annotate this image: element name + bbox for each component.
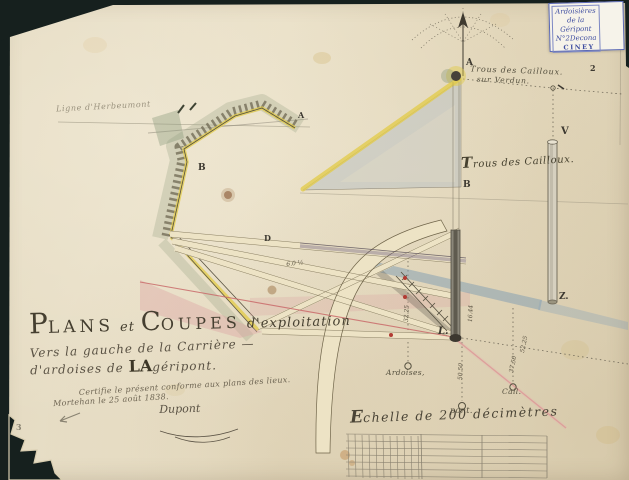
stamp-city: CINEY [553, 43, 600, 53]
measure-3: 37.50 [508, 355, 518, 373]
stamp-line1: Ardoisières [552, 6, 599, 16]
scale-text: chelle de 200 décimètres [363, 403, 559, 425]
letter-v-column: V [561, 126, 569, 137]
measure-5: 52.25 [519, 335, 529, 353]
letter-d-gallery: D [264, 233, 271, 243]
archive-stamp: Ardoisières de la Géripont N°2 Decona CI… [548, 1, 624, 52]
subtitle-line3-big: LA [128, 356, 152, 376]
letter-z-column: Z. [559, 292, 569, 302]
point-label-cail: Cail. [502, 387, 521, 396]
pencil-mark: 3 [16, 422, 22, 432]
letter-two-mark: 2 [590, 63, 596, 73]
trous-upper-label: Trous des Cailloux. sur Verdun. [470, 64, 564, 86]
map-labels: Ardoisières de la Géripont N°2 Decona CI… [0, 0, 629, 480]
letter-a-wedge: A [298, 110, 304, 120]
subtitle-line3-pre: d'ardoises de [30, 361, 124, 377]
measure-6: 6.0 ½ [286, 259, 304, 268]
pencil-line-label: Ligne d'Herbeumont [56, 100, 151, 114]
title-p: P [29, 310, 49, 338]
letter-b-shaft: B [463, 180, 471, 190]
measure-1: 32.25 [403, 305, 411, 322]
point-label-ardoises: Ardoises, [386, 368, 425, 377]
scanned-quarry-plan: Ardoisières de la Géripont N°2 Decona CI… [0, 0, 629, 480]
trous-lower-label: Trous des Cailloux. [461, 148, 575, 172]
title-line: P LANS et C OUPES d'exploitation [29, 302, 360, 339]
signature: Dupont [159, 398, 361, 416]
title-lans: LANS [48, 316, 115, 338]
title-suffix: d'exploitation [247, 314, 351, 332]
letter-b-stairs: B [198, 163, 206, 173]
title-et: et [120, 320, 135, 335]
scale-initial: E [350, 407, 364, 427]
measure-2: 50.50 [457, 363, 465, 380]
archive-stamp-frame: Ardoisières de la Géripont N°2 Decona CI… [551, 4, 601, 52]
title-oupes: OUPES [161, 313, 241, 334]
title-c: C [141, 309, 162, 336]
scale-caption: Echelle de 200 décimètres [350, 400, 559, 427]
subtitle-line3-post: géripont. [152, 358, 217, 374]
stamp-number: N°2 [556, 34, 570, 43]
letter-a-top: A [466, 58, 473, 68]
title-block: P LANS et C OUPES d'exploitation Vers la… [29, 302, 362, 420]
letter-l-base: L. [438, 326, 449, 337]
measure-4: 16.44 [467, 305, 475, 322]
